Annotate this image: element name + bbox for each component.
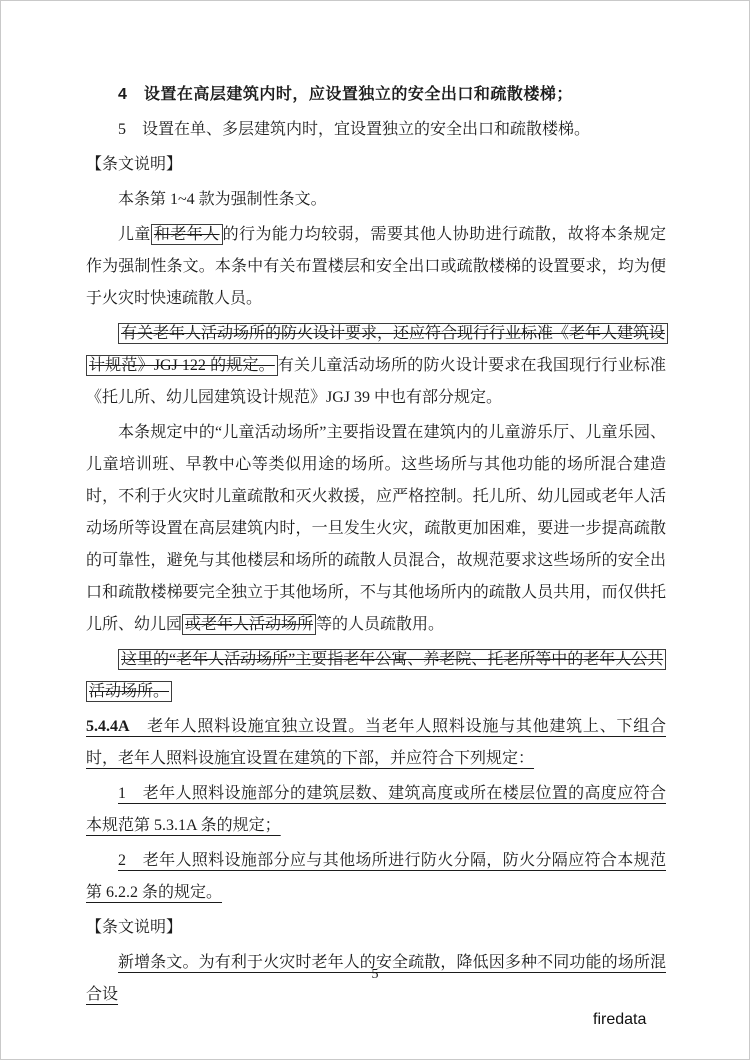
commentary-mandatory-note-text: 本条第 1~4 款为强制性条文。 bbox=[118, 191, 327, 208]
clause-item-5-text: 5 设置在单、多层建筑内时，宜设置独立的安全出口和疏散楼梯。 bbox=[118, 121, 590, 138]
commentary-label-1-text: 【条文说明】 bbox=[86, 156, 182, 173]
commentary-label-2-text: 【条文说明】 bbox=[86, 919, 182, 936]
watermark: firedata bbox=[593, 1011, 646, 1029]
text-run: 等的人员疏散用。 bbox=[316, 616, 444, 633]
clause-item-text: 1 老年人照料设施部分的建筑层数、建筑高度或所在楼层位置的高度应符合本规范第 5… bbox=[86, 785, 666, 834]
document-body: 4 设置在高层建筑内时，应设置独立的安全出口和疏散楼梯；5 设置在单、多层建筑内… bbox=[86, 79, 666, 1014]
deleted-text-run: 这里的“老年人活动场所”主要指老年公寓、养老院、托老所等中的老年人公共活动场所。 bbox=[86, 649, 666, 702]
text-run: 本条规定中的“儿童活动场所”主要指设置在建筑内的儿童游乐厅、儿童乐园、儿童培训班… bbox=[86, 424, 666, 633]
clause-item-text: 2 老年人照料设施部分应与其他场所进行防火分隔，防火分隔应符合本规范第 6.2.… bbox=[86, 852, 666, 901]
para-standard-reference: 有关老年人活动场所的防火设计要求，还应符合现行行业标准《老年人建筑设计规范》JG… bbox=[86, 318, 666, 414]
page-number: 5 bbox=[1, 967, 749, 983]
para-children-places-definition: 本条规定中的“儿童活动场所”主要指设置在建筑内的儿童游乐厅、儿童乐园、儿童培训班… bbox=[86, 417, 666, 641]
clause-number: 5.4.4A bbox=[86, 718, 130, 735]
clause-text: 老年人照料设施宜独立设置。当老年人照料设施与其他建筑上、下组合时，老年人照料设施… bbox=[86, 718, 666, 767]
clause-item-4-text: 4 设置在高层建筑内时，应设置独立的安全出口和疏散楼梯； bbox=[118, 86, 573, 103]
commentary-label-2: 【条文说明】 bbox=[86, 912, 666, 944]
clause-item-5: 5 设置在单、多层建筑内时，宜设置独立的安全出口和疏散楼梯。 bbox=[86, 114, 666, 146]
para-children-behavior: 儿童和老年人的行为能力均较弱，需要其他人协助进行疏散，故将本条规定作为强制性条文… bbox=[86, 219, 666, 315]
clause-5-4-4A-item-1: 1 老年人照料设施部分的建筑层数、建筑高度或所在楼层位置的高度应符合本规范第 5… bbox=[86, 778, 666, 842]
commentary-label-1: 【条文说明】 bbox=[86, 149, 666, 181]
text-run: 儿童 bbox=[118, 226, 151, 243]
commentary-mandatory-note: 本条第 1~4 款为强制性条文。 bbox=[86, 184, 666, 216]
clause-5-4-4A-item-2: 2 老年人照料设施部分应与其他场所进行防火分隔，防火分隔应符合本规范第 6.2.… bbox=[86, 845, 666, 909]
clause-5-4-4A: 5.4.4A 老年人照料设施宜独立设置。当老年人照料设施与其他建筑上、下组合时，… bbox=[86, 711, 666, 775]
document-page: 4 设置在高层建筑内时，应设置独立的安全出口和疏散楼梯；5 设置在单、多层建筑内… bbox=[0, 0, 750, 1060]
clause-item-4: 4 设置在高层建筑内时，应设置独立的安全出口和疏散楼梯； bbox=[86, 79, 666, 111]
para-elderly-places-definition: 这里的“老年人活动场所”主要指老年公寓、养老院、托老所等中的老年人公共活动场所。 bbox=[86, 644, 666, 708]
deleted-text-run: 和老年人 bbox=[151, 224, 223, 245]
deleted-text-run: 或老年人活动场所 bbox=[182, 614, 316, 635]
